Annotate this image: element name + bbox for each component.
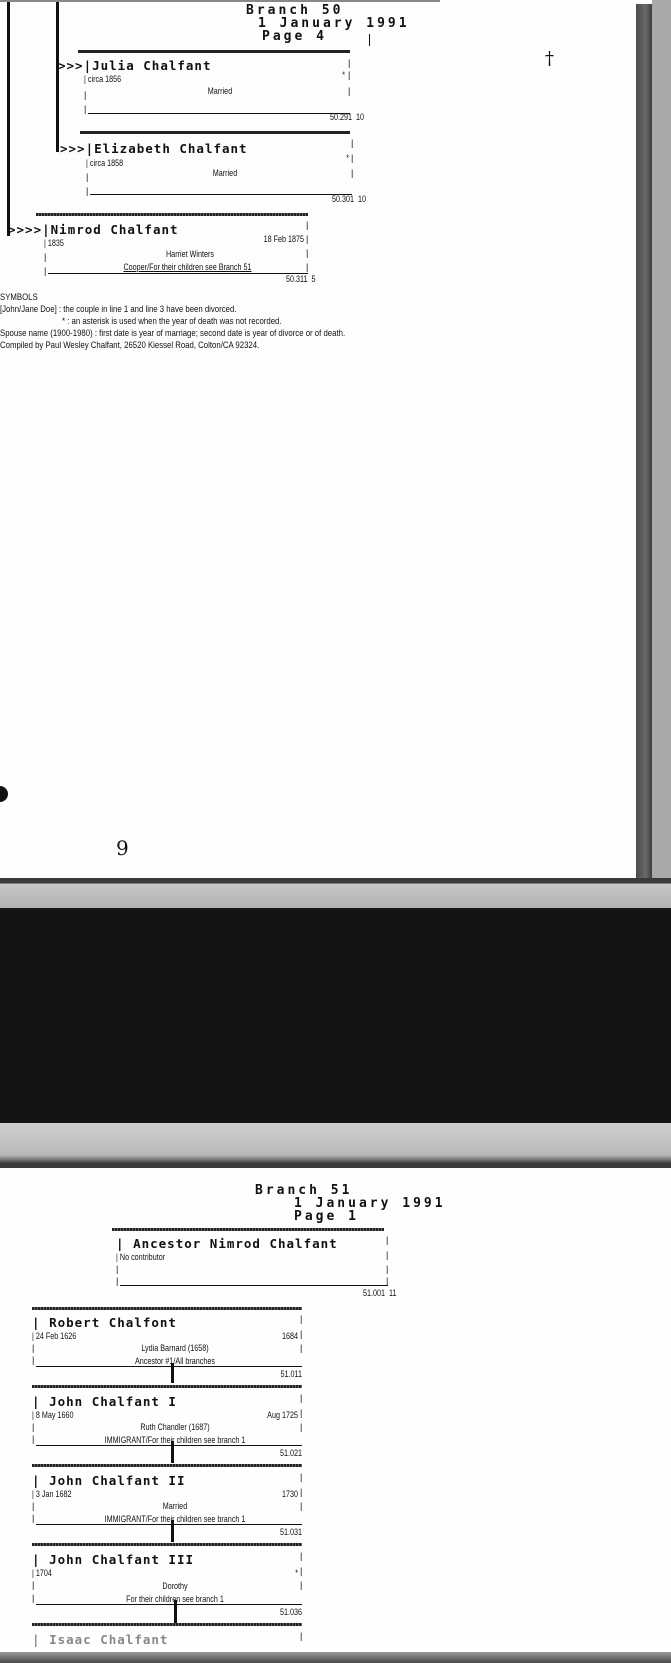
entry-note: Cooper/For their children see Branch 51 <box>118 262 258 272</box>
lineage-line-outer <box>7 0 10 236</box>
contributor: | No contributor <box>116 1252 165 1262</box>
top-cut-rule <box>0 0 440 2</box>
entry-note: IMMIGRANT/For their children see branch … <box>99 1514 251 1524</box>
birth-date: | circa 1856 <box>84 74 121 84</box>
handwritten-mark: 9 <box>116 836 129 860</box>
death-date: * <box>337 153 349 163</box>
descent-connector <box>174 1600 177 1624</box>
reference-number: 51.001 11 <box>363 1288 397 1298</box>
death-date: * <box>284 1568 298 1578</box>
person-name: Julia Chalfant <box>92 58 211 73</box>
page-number: Page 4 <box>262 30 327 43</box>
entry-top-rule <box>78 50 350 53</box>
death-date: * <box>333 70 345 80</box>
entry-top-rule <box>32 1385 302 1388</box>
ancestor-name: Ancestor Nimrod Chalfant <box>133 1236 338 1251</box>
page-bottom-edge <box>0 1652 671 1663</box>
reference-number: 51.036 <box>268 1607 302 1617</box>
entry-top-rule <box>112 1228 384 1231</box>
entry-top-rule <box>32 1307 302 1310</box>
birth-date: | 3 Jan 1682 <box>32 1489 72 1499</box>
person-name: Isaac Chalfant <box>49 1632 168 1647</box>
header-tick <box>369 34 370 46</box>
page-number: Page 1 <box>294 1210 359 1223</box>
entry-top-rule <box>32 1623 302 1626</box>
person-name: John Chalfant III <box>49 1552 194 1567</box>
scan-gap <box>0 908 671 1126</box>
spouse-name: Lydia Barnard (1658) <box>123 1343 227 1353</box>
death-date: 1730 <box>260 1489 298 1499</box>
symbols-line-divorced: [John/Jane Doe] : the couple in line 1 a… <box>0 304 236 316</box>
descent-connector <box>171 1441 174 1463</box>
person-name: Robert Chalfont <box>49 1315 177 1330</box>
symbols-title: SYMBOLS <box>0 292 38 304</box>
birth-date: | 1835 <box>44 238 64 248</box>
birth-date: | 8 May 1660 <box>32 1410 74 1420</box>
entry-top-rule <box>80 131 350 134</box>
person-name: John Chalfant I <box>49 1394 177 1409</box>
spouse-name: Married <box>177 168 273 178</box>
death-date: 1684 <box>260 1331 298 1341</box>
entry-note: Ancestor #1/All branches <box>115 1356 235 1366</box>
descent-connector <box>171 1363 174 1383</box>
spouse-name: Harriet Winters <box>142 249 238 259</box>
scan-gap-bottom <box>0 1123 671 1169</box>
symbols-line-asterisk: * : an asterisk is used when the year of… <box>62 316 282 328</box>
birth-date: | circa 1858 <box>86 158 123 168</box>
reference-number: 51.031 <box>268 1527 302 1537</box>
reference-number: 51.011 <box>268 1369 302 1379</box>
generation-prefix: >>>> <box>8 222 42 237</box>
death-date: 18 Feb 1875 <box>256 234 304 244</box>
entry-top-rule <box>36 213 308 216</box>
spouse-name: Married <box>123 1501 227 1511</box>
generation-prefix: >>> <box>58 58 84 73</box>
person-name: John Chalfant II <box>49 1473 185 1488</box>
entry-top-rule <box>32 1543 302 1546</box>
birth-date: | 1704 <box>32 1568 52 1578</box>
lineage-line-inner <box>56 0 59 152</box>
person-name: Elizabeth Chalfant <box>94 141 247 156</box>
scan-gap-top <box>0 878 671 908</box>
spouse-name: Ruth Chandler (1687) <box>123 1422 227 1432</box>
reference-number: 50.301 10 <box>332 194 366 204</box>
reference-number: 51.021 <box>268 1448 302 1458</box>
hole-punch-mark <box>0 786 8 802</box>
margin-mark: † <box>545 48 554 69</box>
death-date: Aug 1725 <box>252 1410 298 1420</box>
compiler-credit: Compiled by Paul Wesley Chalfant, 26520 … <box>0 340 259 352</box>
reference-number: 50.291 10 <box>330 112 364 122</box>
page-edge-shadow <box>636 4 652 880</box>
page-edge <box>652 0 671 880</box>
birth-date: | 24 Feb 1626 <box>32 1331 76 1341</box>
person-name: Nimrod Chalfant <box>51 222 179 237</box>
spouse-name: Dorothy <box>123 1581 227 1591</box>
reference-number: 50.311 5 <box>286 274 316 284</box>
entry-note: IMMIGRANT/For their children see branch … <box>99 1435 251 1445</box>
spouse-name: Married <box>172 86 268 96</box>
symbols-line-spouse-dates: Spouse name (1900-1980) : first date is … <box>0 328 345 340</box>
generation-prefix: >>> <box>60 141 86 156</box>
entry-top-rule <box>32 1464 302 1467</box>
branch-51-page: Branch 51 1 January 1991 Page 1 | Ancest… <box>0 1168 671 1663</box>
branch-50-page: Branch 50 1 January 1991 Page 4 † >>>|Ju… <box>0 0 671 880</box>
descent-connector <box>171 1520 174 1542</box>
